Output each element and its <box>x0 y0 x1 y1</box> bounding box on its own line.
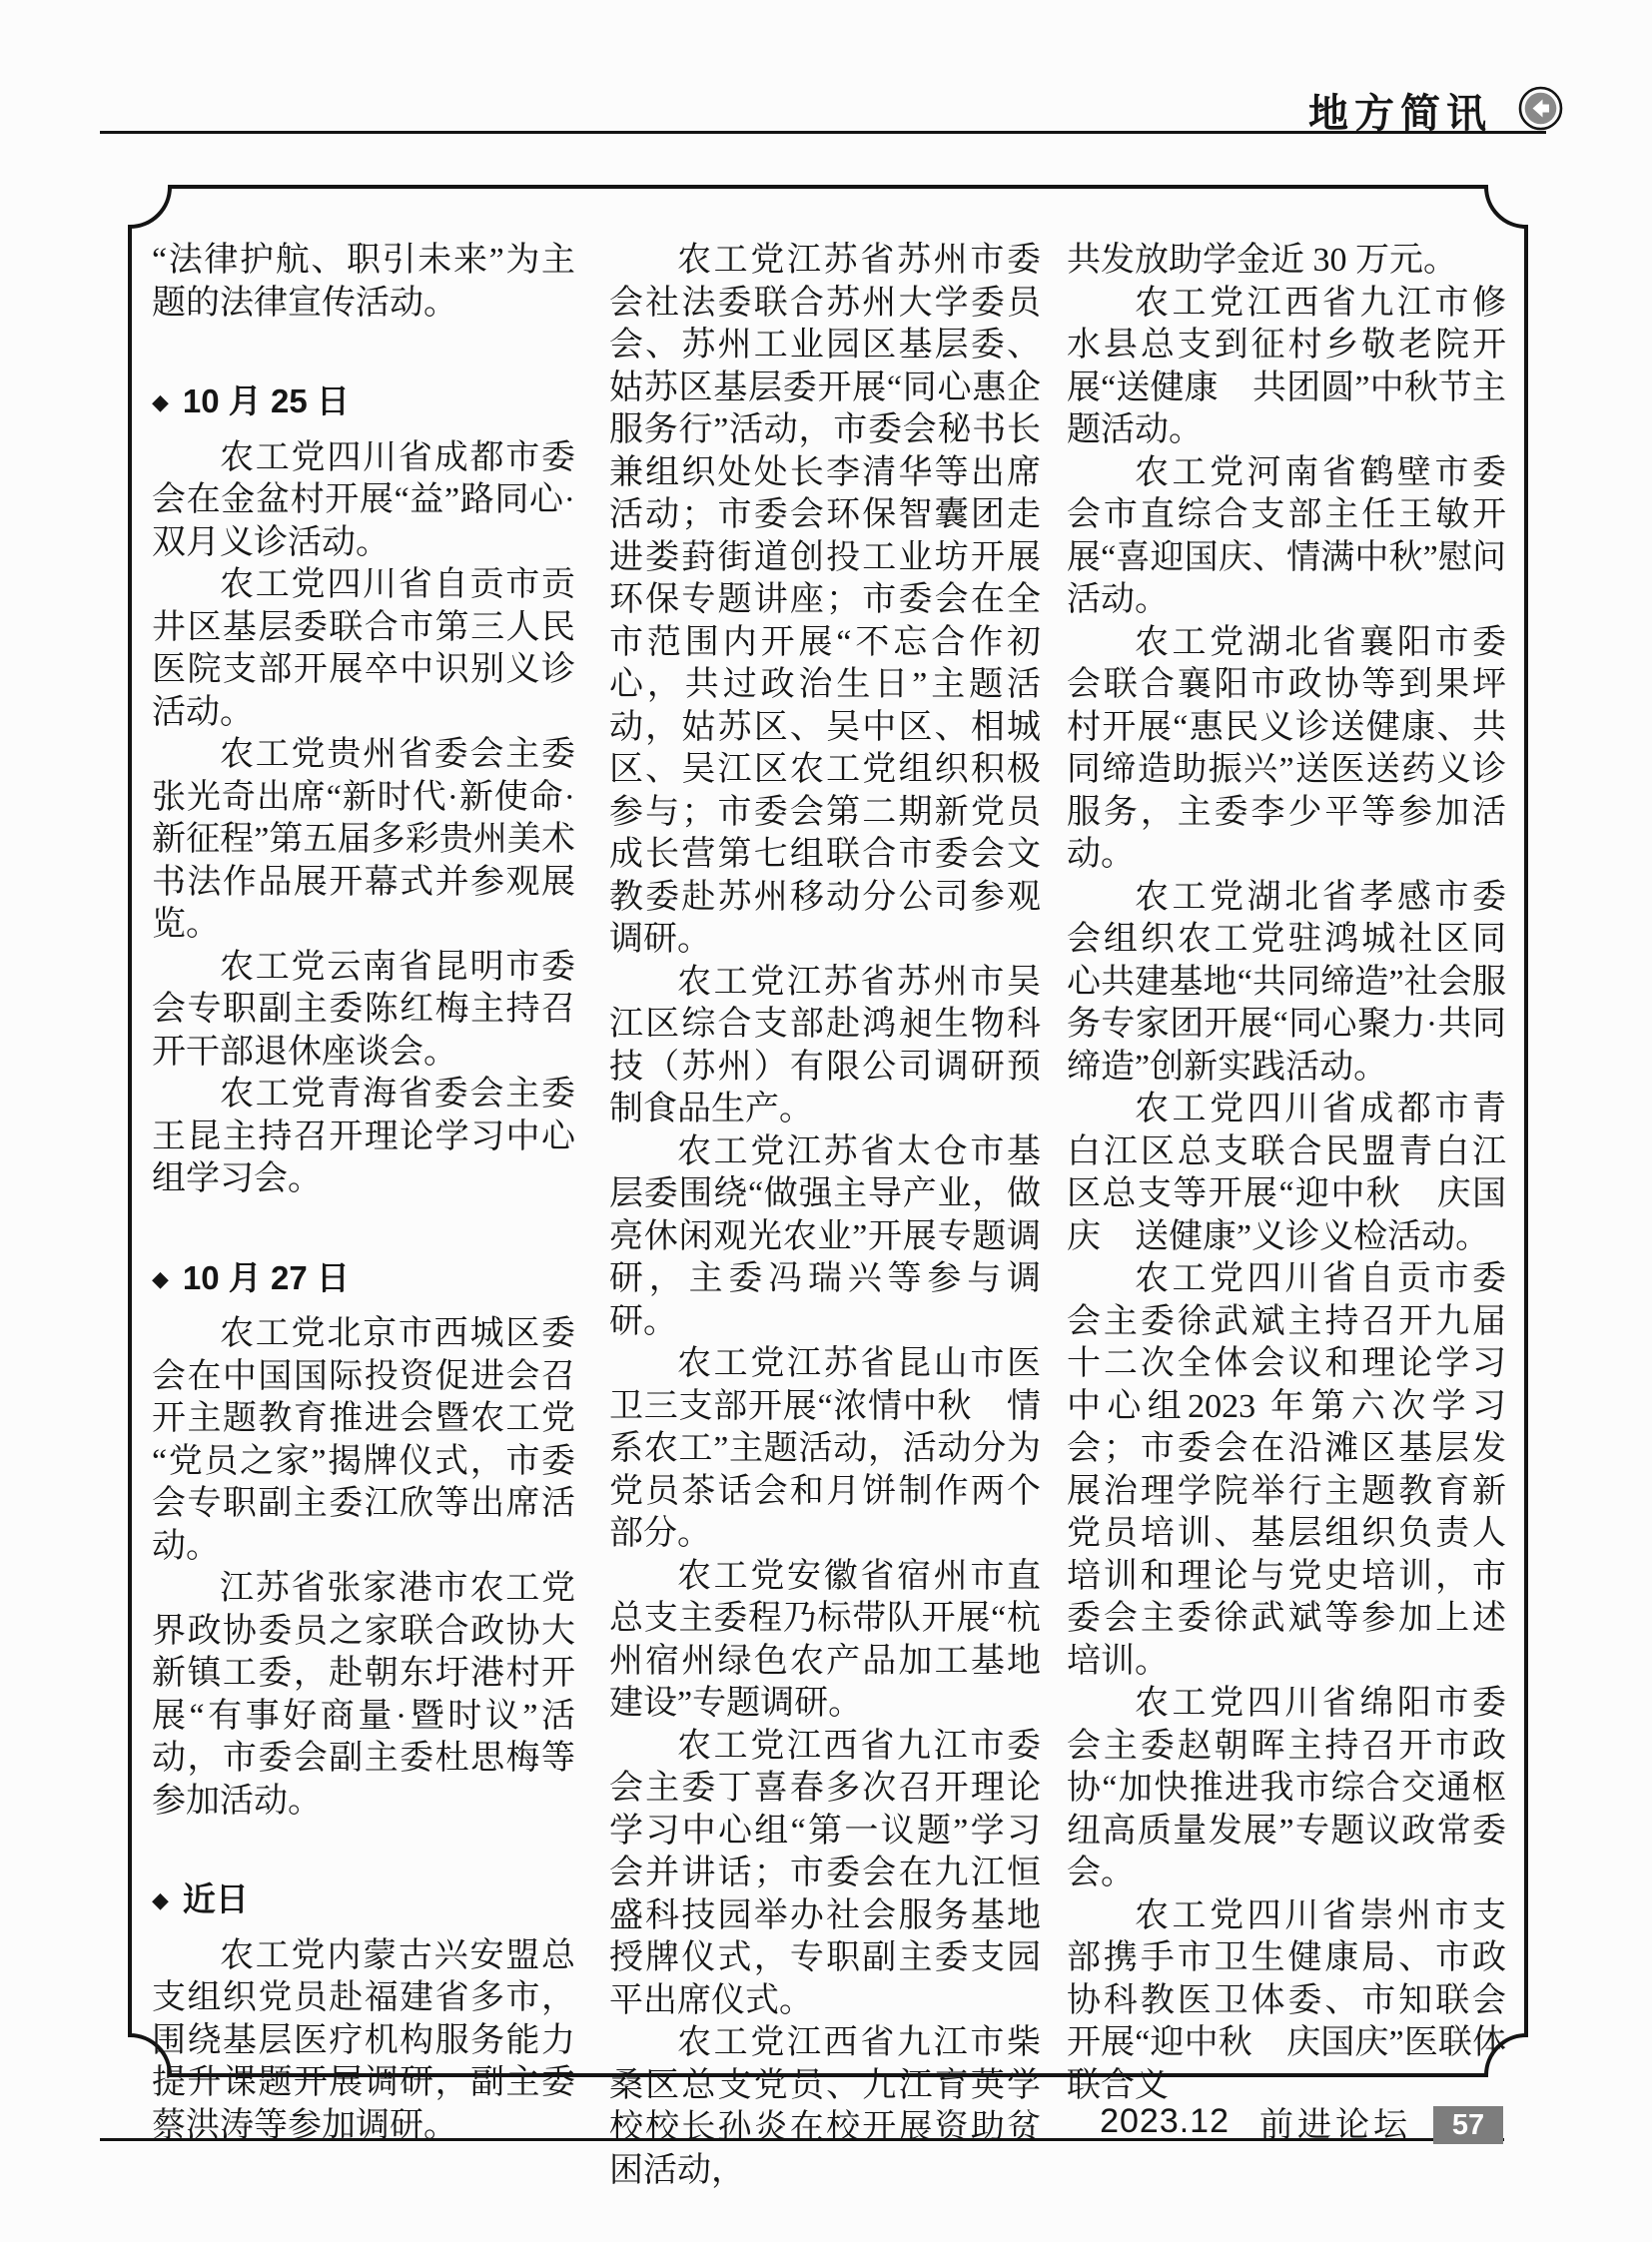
diamond-bullet-icon: ◆ <box>152 1888 169 1913</box>
date-heading-label: 10 月 27 日 <box>183 1259 350 1296</box>
footer-issue-date: 2023.12 <box>1100 2102 1230 2141</box>
news-paragraph: 农工党四川省崇州市支部携手市卫生健康局、市政协科教医卫体委、市知联会开展“迎中秋… <box>1067 1895 1506 2108</box>
news-paragraph: 农工党四川省绵阳市委会主委赵朝晖主持召开市政协“加快推进我市综合交通枢纽高质量发… <box>1067 1683 1506 1895</box>
header-rule <box>100 131 1546 134</box>
news-paragraph: 农工党内蒙古兴安盟总支组织党员赴福建省多市，围绕基层医疗机构服务能力提升课题开展… <box>152 1935 575 2148</box>
back-arrow-circle-icon <box>1518 86 1563 131</box>
news-paragraph: 共发放助学金近 30 万元。 <box>1067 240 1506 283</box>
date-heading: ◆近日 <box>152 1878 575 1923</box>
diamond-bullet-icon: ◆ <box>152 1267 169 1292</box>
news-paragraph: 农工党北京市西城区委会在中国国际投资促进会召开主题教育推进会暨农工党“党员之家”… <box>152 1313 575 1568</box>
news-paragraph: 农工党贵州省委会主委张光奇出席“新时代·新使命·新征程”第五届多彩贵州美术书法作… <box>152 734 575 947</box>
news-paragraph: 农工党湖北省襄阳市委会联合襄阳市政协等到果坪村开展“惠民义诊送健康、共同缔造助振… <box>1067 622 1506 877</box>
date-heading-label: 近日 <box>183 1880 249 1917</box>
news-paragraph: “法律护航、职引未来”为主题的法律宣传活动。 <box>152 240 575 325</box>
news-paragraph: 农工党青海省委会主委王昆主持召开理论学习中心组学习会。 <box>152 1074 575 1201</box>
news-paragraph: 农工党四川省自贡市委会主委徐武斌主持召开九届十二次全体会议和理论学习中心组202… <box>1067 1258 1506 1683</box>
diamond-bullet-icon: ◆ <box>152 390 169 415</box>
date-heading: ◆10 月 27 日 <box>152 1257 575 1302</box>
footer-journal-name: 前进论坛 <box>1259 2097 1411 2146</box>
news-paragraph: 农工党江苏省苏州市吴江区综合支部赴鸿昶生物科技（苏州）有限公司调研预制食品生产。 <box>609 962 1041 1131</box>
page-number: 57 <box>1452 2109 1484 2142</box>
news-paragraph: 江苏省张家港市农工党界政协委员之家联合政协大新镇工委，赴朝东圩港村开展“有事好商… <box>152 1568 575 1823</box>
news-paragraph: 农工党云南省昆明市委会专职副主委陈红梅主持召开干部退休座谈会。 <box>152 947 575 1075</box>
news-paragraph: 农工党江苏省昆山市医卫三支部开展“浓情中秋 情系农工”主题活动，活动分为党员茶话… <box>609 1343 1041 1556</box>
date-heading-label: 10 月 25 日 <box>183 382 350 419</box>
news-paragraph: 农工党四川省成都市青白江区总支联合民盟青白江区总支等开展“迎中秋 庆国庆 送健康… <box>1067 1089 1506 1258</box>
page-number-badge: 57 <box>1433 2106 1503 2144</box>
news-column-right: 共发放助学金近 30 万元。农工党江西省九江市修水县总支到征村乡敬老院开展“送健… <box>1067 240 1506 2107</box>
news-paragraph: 农工党江苏省苏州市委会社法委联合苏州大学委员会、苏州工业园区基层委、姑苏区基层委… <box>609 240 1041 962</box>
news-paragraph: 农工党江西省九江市委会主委丁喜春多次召开理论学习中心组“第一议题”学习会并讲话；… <box>609 1726 1041 2023</box>
news-paragraph: 农工党江西省九江市修水县总支到征村乡敬老院开展“送健康 共团圆”中秋节主题活动。 <box>1067 283 1506 452</box>
news-paragraph: 农工党湖北省孝感市委会组织农工党驻鸿城社区同心共建基地“共同缔造”社会服务专家团… <box>1067 877 1506 1090</box>
news-paragraph: 农工党四川省自贡市贡井区基层委联合市第三人民医院支部开展卒中识别义诊活动。 <box>152 564 575 734</box>
date-heading: ◆10 月 25 日 <box>152 380 575 425</box>
news-column-center: 农工党江苏省苏州市委会社法委联合苏州大学委员会、苏州工业园区基层委、姑苏区基层委… <box>609 240 1041 2192</box>
news-paragraph: 农工党江西省九江市柴桑区总支党员、九江育英学校校长孙炎在校开展资助贫困活动， <box>609 2022 1041 2192</box>
news-paragraph: 农工党四川省成都市委会在金盆村开展“益”路同心·双月义诊活动。 <box>152 437 575 565</box>
news-paragraph: 农工党安徽省宿州市直总支主委程乃标带队开展“杭州宿州绿色农产品加工基地建设”专题… <box>609 1556 1041 1726</box>
news-paragraph: 农工党河南省鹤壁市委会市直综合支部主任王敏开展“喜迎国庆、情满中秋”慰问活动。 <box>1067 452 1506 622</box>
news-paragraph: 农工党江苏省太仓市基层委围绕“做强主导产业，做亮休闲观光农业”开展专题调研，主委… <box>609 1131 1041 1344</box>
footer: 2023.12 前进论坛 57 <box>1100 2099 1503 2143</box>
news-column-left: “法律护航、职引未来”为主题的法律宣传活动。◆10 月 25 日农工党四川省成都… <box>152 240 575 2147</box>
